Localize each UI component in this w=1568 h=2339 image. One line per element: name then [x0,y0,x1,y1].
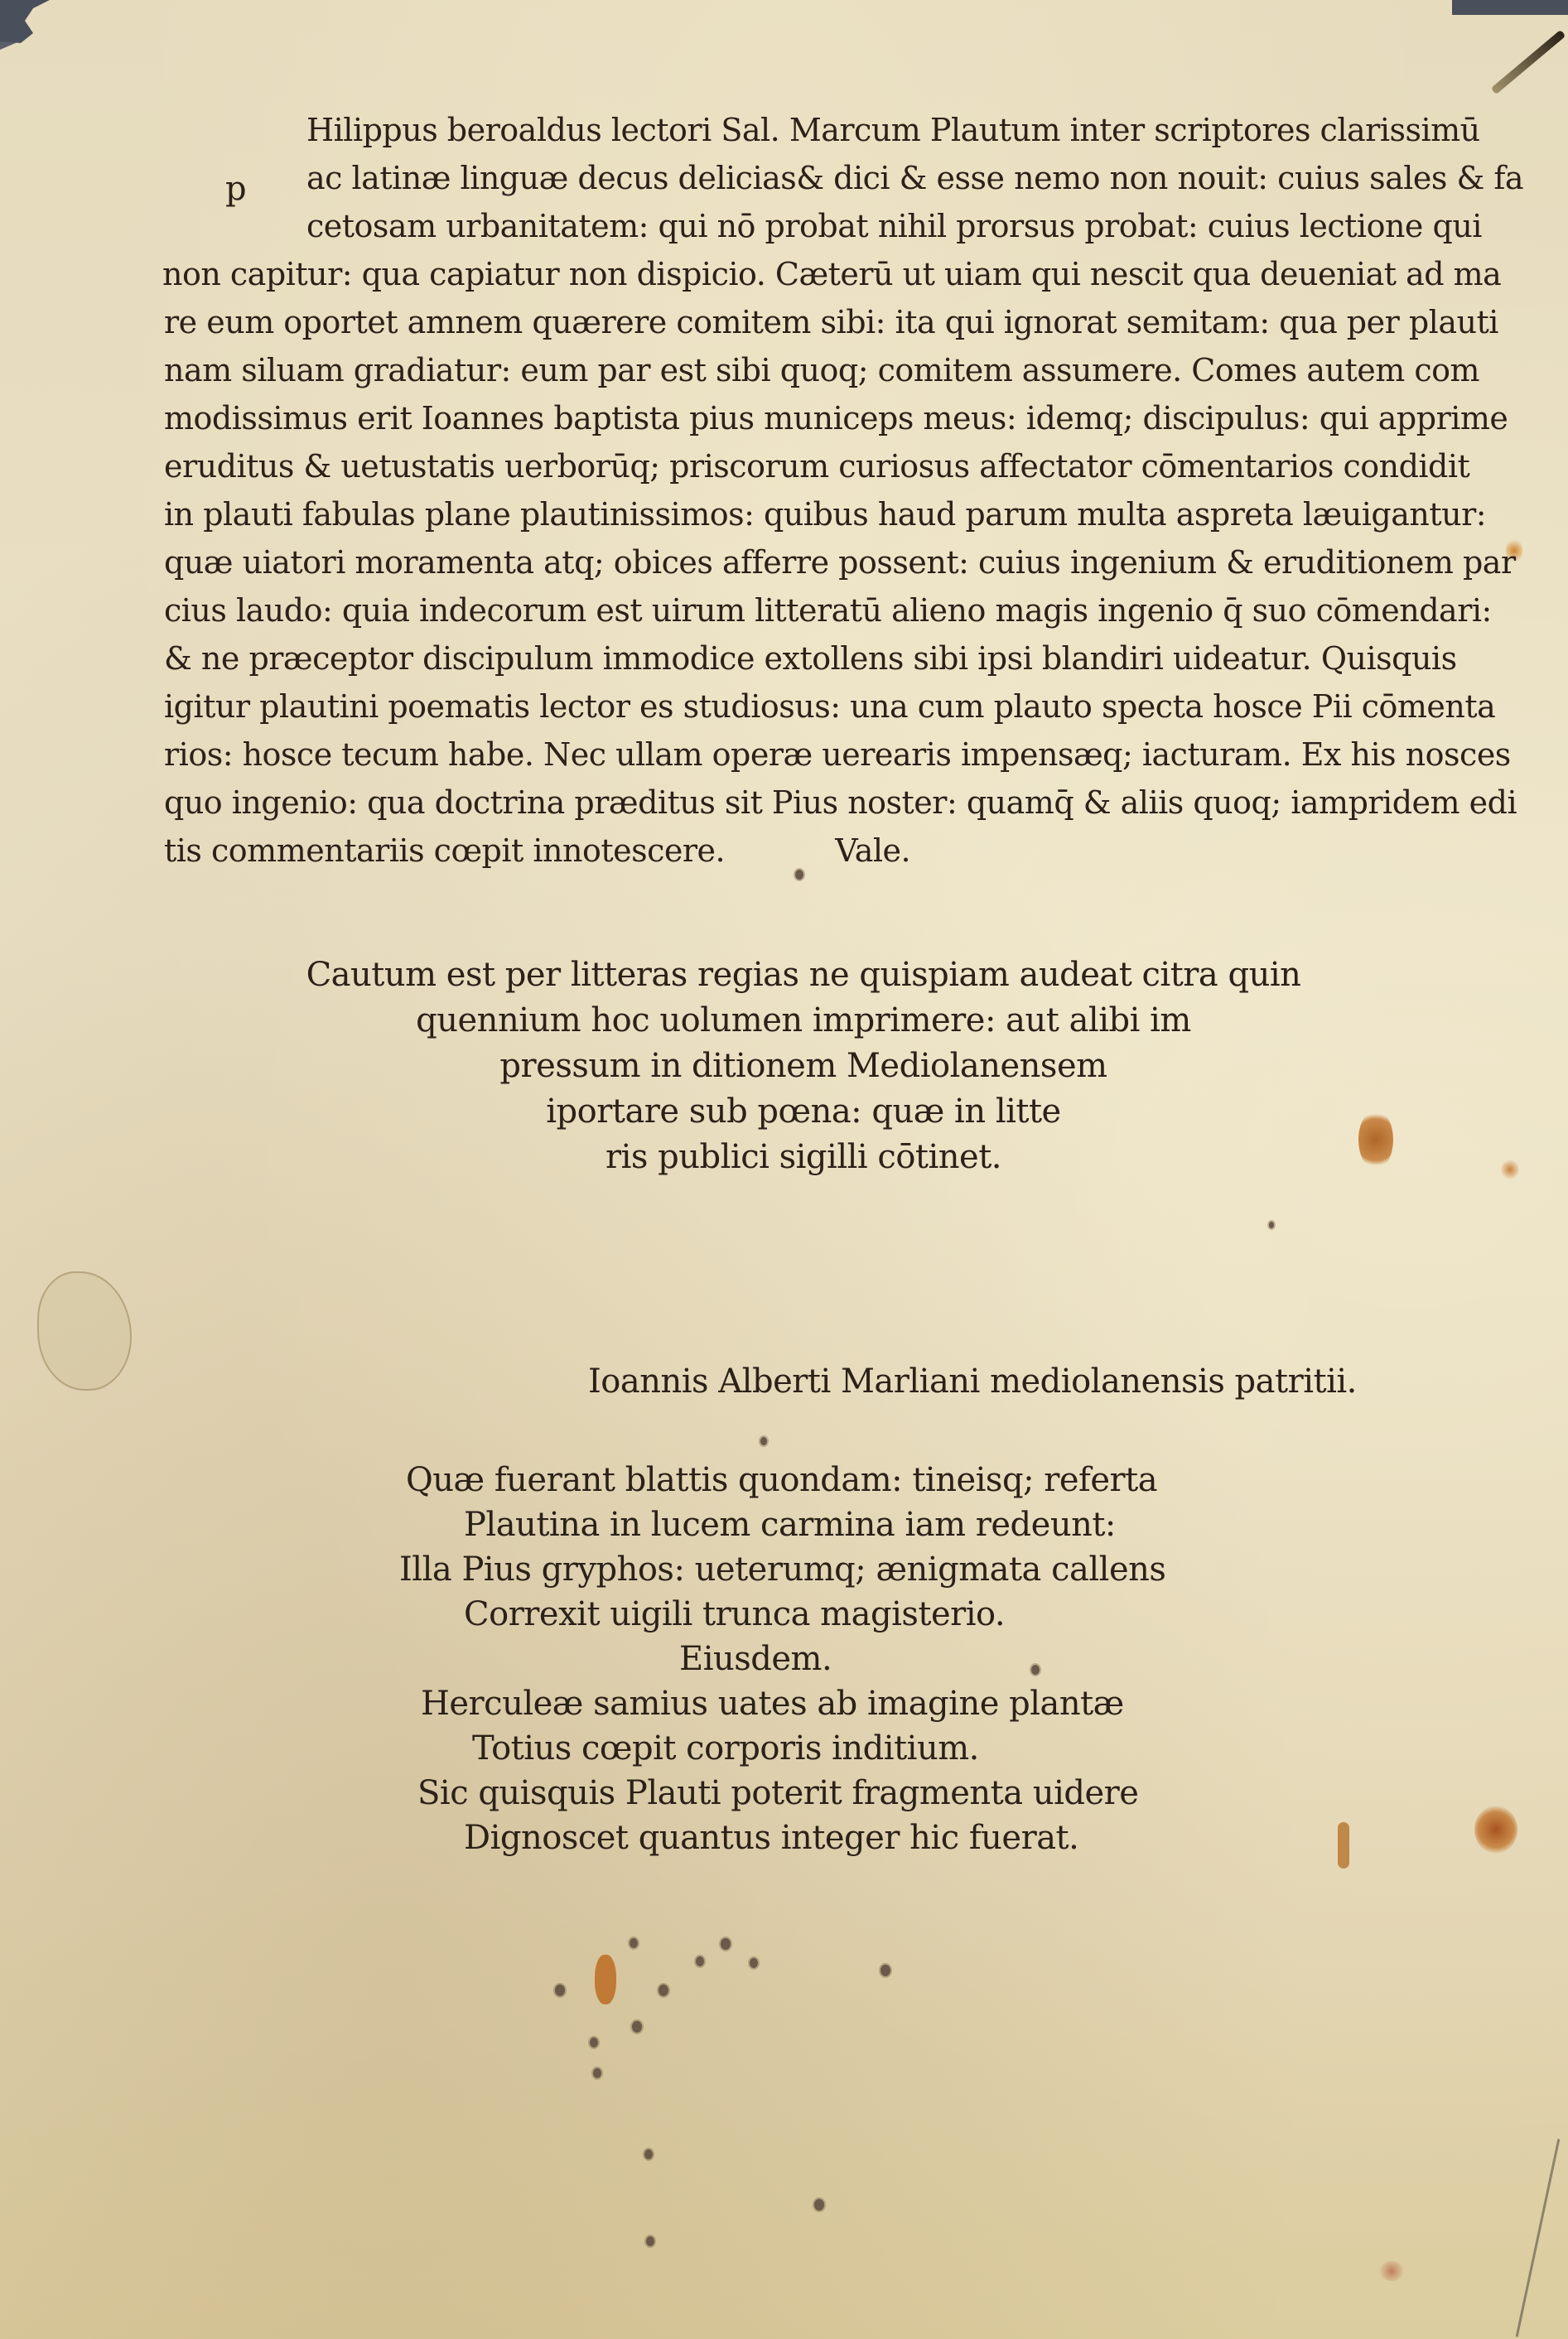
letter-line: non capitur: qua capiatur non dispicio. … [162,250,1481,298]
privilege-line: ris publici sigilli cōtinet. [298,1135,1309,1180]
privilege-line: Cautum est per litteras regias ne quispi… [298,952,1309,998]
letter-line: nam siluam gradiatur: eum par est sibi q… [164,346,1481,394]
privilege-line: pressum in ditionem Mediolanensem [298,1044,1309,1089]
letter-line: ac latinæ linguæ decus delicias& dici & … [164,154,1481,202]
poem-line: Correxit uigili trunca magisterio. [406,1592,1165,1637]
wormhole [659,1985,668,1996]
foxing-stain [1474,1806,1517,1854]
letter-line: re eum oportet amnem quærere comitem sib… [164,298,1481,346]
letter-line: igitur plautini poematis lector es studi… [164,682,1481,731]
background-corner-top-right [1452,0,1568,15]
wormhole [880,1965,890,1976]
letter-line: quo ingenio: qua doctrina præditus sit P… [164,779,1481,827]
letter-line: modissimus erit Ioannes baptista pius mu… [164,394,1481,442]
letter-line-closing: tis commentariis cœpit innotescere. Vale… [164,827,1481,875]
poem-line: Totius cœpit corporis inditium. [406,1726,1165,1771]
letter-line: cius laudo: quia indecorum est uirum lit… [164,586,1481,634]
wormhole [646,2236,654,2246]
letter-line: Hilippus beroaldus lectori Sal. Marcum P… [164,106,1481,154]
wormhole [593,2068,601,2078]
poem-line: Plautina in lucem carmina iam redeunt: [406,1502,1165,1547]
poem-line: Herculeæ samius uates ab imagine plantæ [421,1681,1165,1726]
wormhole [696,1956,704,1966]
epigram-title: Ioannis Alberti Marliani mediolanensis p… [588,1362,1357,1401]
poem-line: Quæ fuerant blattis quondam: tineisq; re… [406,1458,1165,1502]
poem-heading-eiusdem: Eiusdem. [406,1637,1165,1681]
wormhole [721,1938,731,1950]
letter-line: in plauti fabulas plane plautinissimos: … [164,490,1481,538]
wormhole [555,1985,565,1996]
foxing-stain [1379,2261,1404,2281]
foxing-stain [1338,1822,1349,1869]
foxing-stain [595,1955,616,2004]
wormhole [632,2021,642,2033]
letter-line: rios: hosce tecum habe. Nec ullam operæ … [164,731,1481,779]
privilege-line: quennium hoc uolumen imprimere: aut alib… [298,998,1309,1044]
wormhole [750,1958,758,1968]
letter-line: quæ uiatori moramenta atq; obices afferr… [164,538,1481,586]
printing-privilege: Cautum est per litteras regias ne quispi… [298,952,1309,1180]
wormhole [644,2149,653,2159]
wormhole [760,1437,767,1445]
beroaldus-letter: Hilippus beroaldus lectori Sal. Marcum P… [164,106,1481,875]
valediction: Vale. [835,832,910,869]
wormhole [1269,1222,1274,1228]
wormhole [590,2038,598,2047]
wormhole [814,2199,824,2211]
wormhole [630,1938,638,1948]
epigram-poems: Quæ fuerant blattis quondam: tineisq; re… [406,1458,1165,1860]
letter-line: cetosam urbanitatem: qui nō probat nihil… [164,202,1481,250]
privilege-line: iportare sub pœna: quæ in litte [298,1089,1309,1135]
poem-line: Dignoscet quantus integer hic fuerat. [406,1816,1165,1860]
poem-line: Sic quisquis Plauti poterit fragmenta ui… [417,1771,1165,1816]
letter-line: tis commentariis cœpit innotescere. [164,832,725,869]
letter-line: eruditus & uetustatis uerborūq; priscoru… [164,442,1481,490]
letter-line: & ne præceptor discipulum immodice extol… [164,634,1481,682]
foxing-stain [1358,1110,1393,1169]
foxing-stain [1501,1160,1519,1179]
poem-line: Illa Pius gryphos: ueterumq; ænigmata ca… [399,1547,1165,1592]
